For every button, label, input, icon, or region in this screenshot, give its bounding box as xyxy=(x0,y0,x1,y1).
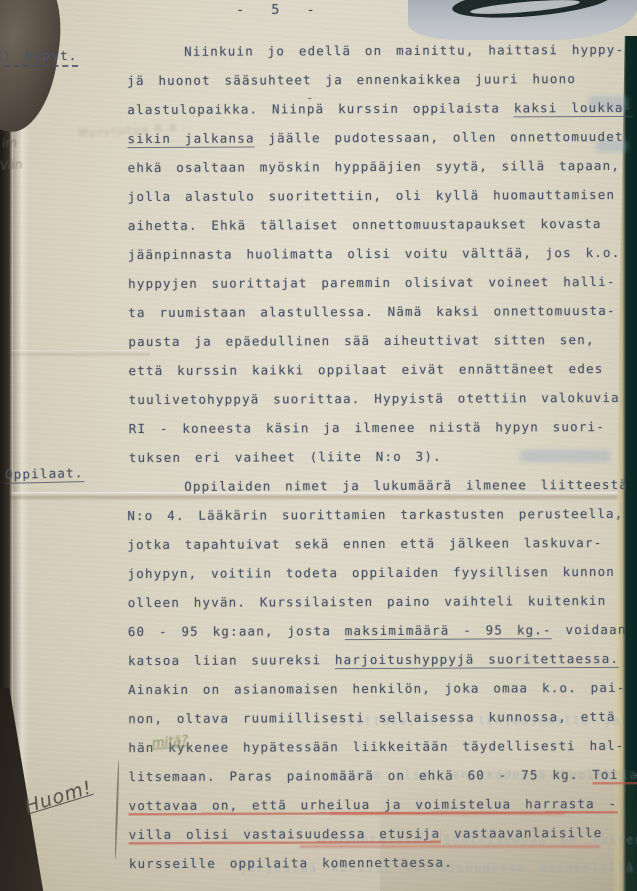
typed-line: hyppyjen suorittajat paremmin olisivat v… xyxy=(128,267,620,298)
typed-underline: kaksi loukka- xyxy=(514,100,633,118)
typed-line: Niinkuin jo edellä on mainittu, haittasi… xyxy=(127,35,619,66)
typed-line: kursseille oppilaita komennettaessa. xyxy=(129,847,621,878)
paragraph-hypyt: Niinkuin jo edellä on mainittu, haittasi… xyxy=(127,35,621,472)
typed-line: Ainakin on asianomaisen henkilön, joka o… xyxy=(128,673,620,704)
typed-line: 60 - 95 kg:aan, josta maksimimäärä - 95 … xyxy=(128,615,620,646)
typed-line: ta ruumistaan alastullessa. Nämä kaksi o… xyxy=(128,296,620,327)
typed-line: että kurssin kaikki oppilaat eivät ennät… xyxy=(128,354,620,385)
typed-line: hän kykenee hypätessään liikkeitään täyd… xyxy=(128,731,620,762)
typed-line: jolla alastulo suoritettiin, oli kyllä h… xyxy=(128,180,620,211)
typed-line: litsemaan. Paras painomäärä on ehkä 60 -… xyxy=(128,760,620,791)
red-pencil-underline: Toi - xyxy=(592,767,637,782)
typed-line: pausta ja epäedullinen sää aiheuttivat s… xyxy=(128,325,620,356)
typed-line: ehkä osaltaan myöskin hyppääjien syytä, … xyxy=(128,151,620,182)
typed-line: alastulopaikka. Niinpä kurssin oppilaist… xyxy=(127,93,619,124)
typed-line: sikin jalkansa jäälle pudotessaan, ollen… xyxy=(127,122,619,153)
margin-heading-oppilaat: Oppilaat. xyxy=(5,465,84,484)
typed-line: jotka tapahtuivat sekä ennen että jälkee… xyxy=(127,528,619,559)
typed-line: vottavaa on, että urheilua ja voimistelu… xyxy=(129,789,621,820)
typed-underline: harjoitushyppyjä suoritettaessa. xyxy=(335,651,619,669)
typed-line: Oppilaiden nimet ja lukumäärä ilmenee li… xyxy=(127,470,619,501)
typed-line: jä huonot sääsuhteet ja ennenkaikkea juu… xyxy=(127,64,619,95)
pencil-scribble: im xyxy=(1,135,17,150)
red-pencil-underline: villa olisi vastaisuudessa etusija xyxy=(129,826,441,842)
margin-heading-hypyt: d) Hypyt. xyxy=(0,48,78,67)
typed-line: tuulivetohyppyä suorittaa. Hypyistä otet… xyxy=(129,383,621,414)
typed-line: jäänpinnasta huolimatta olisi voitu vält… xyxy=(128,238,620,269)
typed-line: N:o 4. Lääkärin suorittamien tarkastuste… xyxy=(127,499,619,530)
pencil-scribble: Vän xyxy=(0,157,23,173)
typed-underline: maksimimäärä - 95 kg.- xyxy=(345,622,552,640)
typed-line: katsoa liian suureksi harjoitushyppyjä s… xyxy=(128,644,620,675)
page-number: - 5 - xyxy=(236,2,322,18)
typed-line: tuksen eri vaiheet (liite N:o 3). xyxy=(129,441,621,472)
typed-line: non, oltava ruumiillisesti sellaisessa k… xyxy=(128,702,620,733)
typed-line: olleen hyvän. Kurssilaisten paino vaihte… xyxy=(128,586,620,617)
red-pencil-underline: vottavaa on, että urheilua ja voimistelu… xyxy=(129,796,618,813)
typed-line: villa olisi vastaisuudessa etusija vasta… xyxy=(129,818,621,849)
typed-line: RI - koneesta käsin ja ilmenee niistä hy… xyxy=(129,412,621,443)
paragraph-oppilaat: Oppilaiden nimet ja lukumäärä ilmenee li… xyxy=(127,470,621,878)
typed-line: aihetta. Ehkä tällaiset onnettomuustapau… xyxy=(128,209,620,240)
scanned-document-photo: sovittava, että lentoasemille ja tavana … xyxy=(0,0,637,891)
handwritten-mita-note: mitä? xyxy=(151,733,188,751)
typed-line: johypyn, voitiin todeta oppilaiden fyysi… xyxy=(127,557,619,588)
